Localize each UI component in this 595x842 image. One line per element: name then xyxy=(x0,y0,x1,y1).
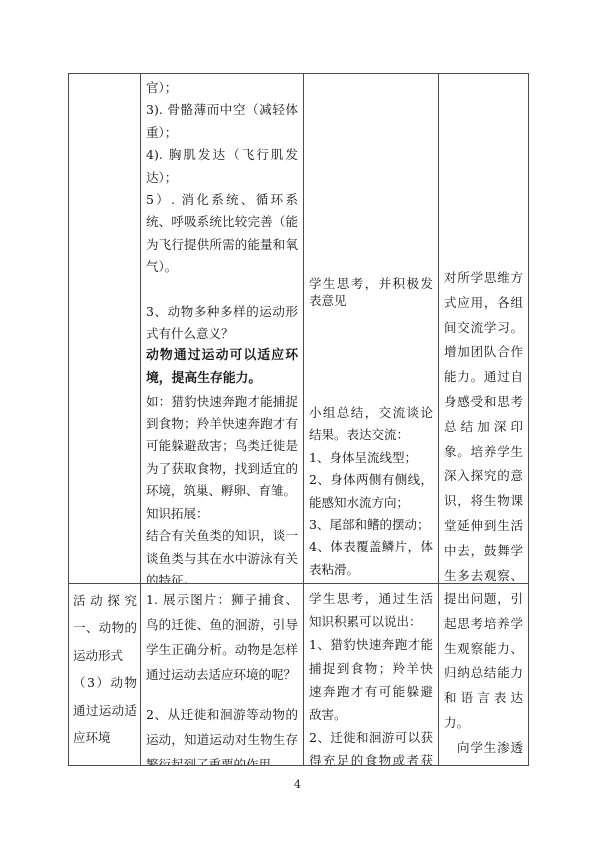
cell-content: 1. 展示图片：狮子捕食、鸟的迁徙、鱼的洄游，引导学生正确分析。动物是怎样通过运… xyxy=(141,584,303,765)
cell-content xyxy=(69,74,140,583)
table-cell-r1-design-intent: 对所学思维方式应用，各组间交流学习。增加团队合作能力。通过自身感受和思考总结加深… xyxy=(439,74,529,584)
paragraph: 提出问题，引起思考培养学生观察能力、归纳总结能力和语言表达力。 xyxy=(444,587,523,736)
paragraph: 2、身体两侧有侧线，能感知水流方向； xyxy=(309,469,433,514)
lesson-plan-table: 官）； 3). 骨骼薄而中空（减轻体重）； 4). 胸肌发达（飞行肌发达）； 5… xyxy=(68,73,529,766)
paragraph: 结合有关鱼类的知识，谈一谈鱼类与其在水中游泳有关的特征。 xyxy=(146,525,298,583)
paragraph: 3、尾部和鳍的摆动； xyxy=(309,514,433,536)
paragraph: 3、动物多种多样的运动形式有什么意义？ xyxy=(146,301,298,346)
paragraph: 1、身体呈流线型； xyxy=(309,447,433,469)
table-cell-r1-student-activity: 学生思考，并积极发表意见 小组总结，交流谈论结果。表达交流： 1、身体呈流线型；… xyxy=(304,74,439,584)
paragraph: 5）. 消化系统、循环系统、呼吸系统比较完善（能为飞行提供所需的能量和氧气）。 xyxy=(146,189,298,279)
paragraph: 官）； xyxy=(146,77,298,99)
paragraph: 1、猎豹快速奔跑才能捕捉到食物；羚羊快速奔跑才有可能躲避敌害。 xyxy=(309,633,433,726)
table-cell-r2-activity: 活动探究一、动物的运动形式 （3）动物通过运动适应环境 xyxy=(69,584,141,766)
cell-content: 对所学思维方式应用，各组间交流学习。增加团队合作能力。通过自身感受和思考总结加深… xyxy=(439,74,528,583)
cell-content: 活动探究一、动物的运动形式 （3）动物通过运动适应环境 xyxy=(69,584,140,765)
table-cell-r2-student-activity: 学生思考，通过生活知识积累可以说出： 1、猎豹快速奔跑才能捕捉到食物；羚羊快速奔… xyxy=(304,584,439,766)
paragraph: 4、体表覆盖鳞片，体表粘滑。 xyxy=(309,536,433,581)
paragraph: 向学生渗透关注自然，保护环境，让生物圈 xyxy=(444,736,523,765)
paragraph: 3). 骨骼薄而中空（减轻体重）； xyxy=(146,99,298,144)
cell-content: 学生思考，并积极发表意见 小组总结，交流谈论结果。表达交流： 1、身体呈流线型；… xyxy=(304,74,438,583)
paragraph: 2、从迁徙和洄游等动物的运动，知道运动对生物生存繁衍起到了重要的作用。 xyxy=(146,702,298,765)
paragraph: 小组总结，交流谈论结果。表达交流： xyxy=(309,402,433,447)
paragraph: 如：猎豹快速奔跑才能捕捉到食物；羚羊快速奔跑才有可能躲避敌害；鸟类迁徙是为了获取… xyxy=(146,391,298,503)
paragraph: （3）动物通过运动适应环境 xyxy=(73,669,137,751)
paragraph: 学生思考，通过生活知识积累可以说出： xyxy=(309,587,433,633)
table-cell-r2-design-intent: 提出问题，引起思考培养学生观察能力、归纳总结能力和语言表达力。 向学生渗透关注自… xyxy=(439,584,529,766)
key-point-bold: 动物通过运动可以适应环境，提高生存能力。 xyxy=(146,345,298,390)
table-cell-r1-activity xyxy=(69,74,141,584)
page-number: 4 xyxy=(0,778,595,791)
paragraph: 1. 展示图片：狮子捕食、鸟的迁徙、鱼的洄游，引导学生正确分析。动物是怎样通过运… xyxy=(146,587,298,687)
table-cell-r1-teacher-activity: 官）； 3). 骨骼薄而中空（减轻体重）； 4). 胸肌发达（飞行肌发达）； 5… xyxy=(141,74,304,584)
paragraph: 知识拓展： xyxy=(146,503,298,525)
cell-content: 官）； 3). 骨骼薄而中空（减轻体重）； 4). 胸肌发达（飞行肌发达）； 5… xyxy=(141,74,303,583)
paragraph: 活动探究一、动物的运动形式 xyxy=(73,587,137,669)
table-row: 官）； 3). 骨骼薄而中空（减轻体重）； 4). 胸肌发达（飞行肌发达）； 5… xyxy=(69,74,529,584)
paragraph: 2、迁徙和洄游可以获得充足的食物或者获得适宜的生活环境或者有利 xyxy=(309,726,433,765)
cell-content: 提出问题，引起思考培养学生观察能力、归纳总结能力和语言表达力。 向学生渗透关注自… xyxy=(439,584,528,765)
paragraph: 学生思考，并积极发表意见 xyxy=(309,275,433,309)
paragraph: 4). 胸肌发达（飞行肌发达）； xyxy=(146,144,298,189)
paragraph: 对所学思维方式应用，各组间交流学习。增加团队合作能力。通过自身感受和思考总结加深… xyxy=(444,266,523,583)
table-row: 活动探究一、动物的运动形式 （3）动物通过运动适应环境 1. 展示图片：狮子捕食… xyxy=(69,584,529,766)
table-cell-r2-teacher-activity: 1. 展示图片：狮子捕食、鸟的迁徙、鱼的洄游，引导学生正确分析。动物是怎样通过运… xyxy=(141,584,304,766)
cell-content: 学生思考，通过生活知识积累可以说出： 1、猎豹快速奔跑才能捕捉到食物；羚羊快速奔… xyxy=(304,584,438,765)
document-page: 官）； 3). 骨骼薄而中空（减轻体重）； 4). 胸肌发达（飞行肌发达）； 5… xyxy=(0,0,595,842)
